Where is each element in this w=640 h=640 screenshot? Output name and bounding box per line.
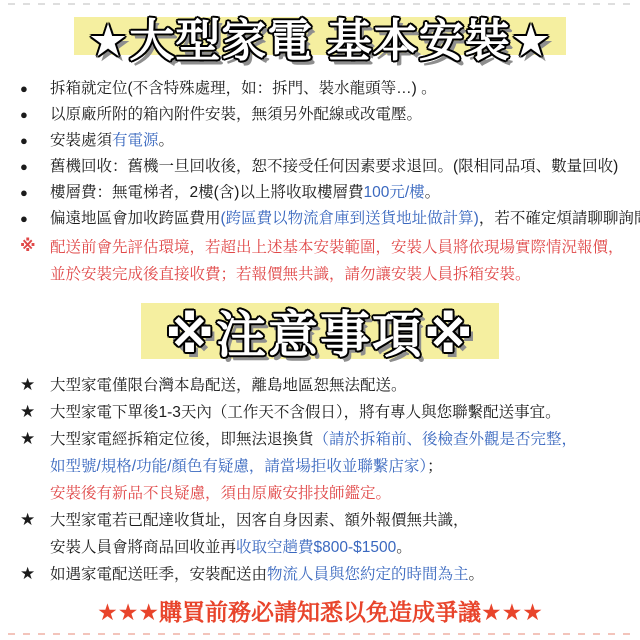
text-segment: 偏遠地區會加收跨區費用 bbox=[50, 210, 221, 227]
appliance-installation-notice: ★大型家電 基本安裝★ ●拆箱就定位(不含特殊處理，如：拆門、裝水龍頭等…) 。… bbox=[0, 0, 640, 640]
main-title-highlight-band: ★大型家電 基本安裝★ bbox=[74, 17, 566, 55]
basic-install-list: ●拆箱就定位(不含特殊處理，如：拆門、裝水龍頭等…) 。●以原廠所附的箱內附件安… bbox=[0, 76, 640, 232]
footer-warning-text: ★★★購買前務必請知悉以免造成爭議★★★ bbox=[0, 594, 640, 627]
notice-title-banner: ※注意事項※ bbox=[0, 302, 640, 360]
text-segment: （請於拆箱前、後檢查外觀是否完整， bbox=[314, 431, 578, 448]
text-line: 大型家電僅限台灣本島配送，離島地區恕無法配送。 bbox=[50, 372, 407, 399]
list-item-text: 大型家電下單後1-3天內（工作天不含假日），將有專人與您聯繫配送事宜。 bbox=[50, 399, 561, 426]
text-segment: 安裝後有新品不良疑慮，須由原廠安排技師鑑定。 bbox=[50, 485, 391, 502]
text-line: 配送前會先評估環境，若超出上述基本安裝範圍，安裝人員將依現場實際情況報價， bbox=[50, 234, 624, 261]
text-segment: 有電源 bbox=[112, 132, 159, 149]
text-segment: 樓層費：無電梯者，2樓(含)以上將收取樓層費 bbox=[50, 184, 363, 201]
text-segment: 大型家電僅限台灣本島配送，離島地區恕無法配送。 bbox=[50, 377, 407, 394]
list-item-text: 偏遠地區會加收跨區費用(跨區費以物流倉庫到送貨地址做計算)，若不確定煩請聊聊詢問… bbox=[50, 206, 640, 232]
text-segment: 。 bbox=[469, 566, 485, 583]
text-line: 安裝處須有電源。 bbox=[50, 128, 174, 154]
dot-bullet-icon: ● bbox=[20, 206, 50, 232]
text-line: 偏遠地區會加收跨區費用(跨區費以物流倉庫到送貨地址做計算)，若不確定煩請聊聊詢問… bbox=[50, 206, 640, 232]
list-item: ●偏遠地區會加收跨區費用(跨區費以物流倉庫到送貨地址做計算)，若不確定煩請聊聊詢… bbox=[20, 206, 640, 232]
text-segment: 安裝人員會將商品回收並再 bbox=[50, 539, 236, 556]
text-segment: 安裝處須 bbox=[50, 132, 112, 149]
text-segment: 配送前會先評估環境，若超出上述基本安裝範圍，安裝人員將依現場實際情況報價， bbox=[50, 239, 624, 256]
list-item-text: 大型家電若已配達收貨址，因客自身因素、額外報價無共識，安裝人員會將商品回收並再收… bbox=[50, 507, 469, 561]
list-item: ●樓層費：無電梯者，2樓(含)以上將收取樓層費100元/樓。 bbox=[20, 180, 640, 206]
decorative-dashed-border-bottom bbox=[8, 633, 632, 635]
dot-bullet-icon: ● bbox=[20, 76, 50, 102]
list-item-text: 舊機回收：舊機一旦回收後，恕不接受任何因素要求退回。(限相同品項、數量回收) bbox=[50, 154, 618, 180]
list-item: ★大型家電經拆箱定位後，即無法退換貨（請於拆箱前、後檢查外觀是否完整，如型號/規… bbox=[20, 426, 640, 507]
text-segment: 大型家電下單後1-3天內（工作天不含假日），將有專人與您聯繫配送事宜。 bbox=[50, 404, 561, 421]
text-segment: ，若不確定煩請聊聊詢問。 bbox=[479, 210, 640, 227]
text-line: 如遇家電配送旺季，安裝配送由物流人員與您約定的時間為主。 bbox=[50, 561, 484, 588]
list-item: ●舊機回收：舊機一旦回收後，恕不接受任何因素要求退回。(限相同品項、數量回收) bbox=[20, 154, 640, 180]
dot-bullet-icon: ● bbox=[20, 154, 50, 180]
text-segment: ； bbox=[427, 458, 443, 475]
star-bullet-icon: ★ bbox=[20, 399, 50, 425]
list-item: ●安裝處須有電源。 bbox=[20, 128, 640, 154]
page-title: ★大型家電 基本安裝★ bbox=[88, 4, 552, 69]
text-segment: 100元/樓 bbox=[363, 184, 424, 201]
text-line: 樓層費：無電梯者，2樓(含)以上將收取樓層費100元/樓。 bbox=[50, 180, 440, 206]
text-segment: 。 bbox=[159, 132, 175, 149]
text-segment: 。 bbox=[396, 539, 412, 556]
notice-title-highlight-band: ※注意事項※ bbox=[141, 303, 498, 359]
star-bullet-icon: ★ bbox=[20, 426, 50, 452]
list-item: ●以原廠所附的箱內附件安裝，無須另外配線或改電壓。 bbox=[20, 102, 640, 128]
dot-bullet-icon: ● bbox=[20, 128, 50, 154]
list-item-text: 樓層費：無電梯者，2樓(含)以上將收取樓層費100元/樓。 bbox=[50, 180, 440, 206]
text-line: 以原廠所附的箱內附件安裝，無須另外配線或改電壓。 bbox=[50, 102, 422, 128]
text-line: 大型家電經拆箱定位後，即無法退換貨（請於拆箱前、後檢查外觀是否完整， bbox=[50, 426, 577, 453]
surcharge-warning-note: ※配送前會先評估環境，若超出上述基本安裝範圍，安裝人員將依現場實際情況報價，並於… bbox=[0, 234, 640, 288]
list-item-text: 配送前會先評估環境，若超出上述基本安裝範圍，安裝人員將依現場實際情況報價，並於安… bbox=[50, 234, 624, 288]
text-segment: 物流人員與您約定的時間為主 bbox=[267, 566, 469, 583]
text-segment: 如遇家電配送旺季，安裝配送由 bbox=[50, 566, 267, 583]
dot-bullet-icon: ● bbox=[20, 102, 50, 128]
text-segment: 並於安裝完成後直接收費；若報價無共識，請勿讓安裝人員拆箱安裝。 bbox=[50, 266, 531, 283]
text-line: 如型號/規格/功能/顏色有疑慮，請當場拒收並聯繫店家）； bbox=[50, 453, 577, 480]
list-item-text: 安裝處須有電源。 bbox=[50, 128, 174, 154]
text-segment: 收取空趟費$800-$1500 bbox=[236, 539, 396, 556]
list-item-text: 如遇家電配送旺季，安裝配送由物流人員與您約定的時間為主。 bbox=[50, 561, 484, 588]
text-segment: 以原廠所附的箱內附件安裝，無須另外配線或改電壓。 bbox=[50, 106, 422, 123]
text-line: 舊機回收：舊機一旦回收後，恕不接受任何因素要求退回。(限相同品項、數量回收) bbox=[50, 154, 618, 180]
text-segment: 拆箱就定位(不含特殊處理，如：拆門、裝水龍頭等…) 。 bbox=[50, 80, 437, 97]
list-item-text: 拆箱就定位(不含特殊處理，如：拆門、裝水龍頭等…) 。 bbox=[50, 76, 437, 102]
main-title-banner: ★大型家電 基本安裝★ bbox=[0, 10, 640, 62]
dot-bullet-icon: ● bbox=[20, 180, 50, 206]
text-line: 拆箱就定位(不含特殊處理，如：拆門、裝水龍頭等…) 。 bbox=[50, 76, 437, 102]
list-item-text: 以原廠所附的箱內附件安裝，無須另外配線或改電壓。 bbox=[50, 102, 422, 128]
text-segment: 。 bbox=[425, 184, 441, 201]
text-line: 並於安裝完成後直接收費；若報價無共識，請勿讓安裝人員拆箱安裝。 bbox=[50, 261, 624, 288]
list-item-text: 大型家電經拆箱定位後，即無法退換貨（請於拆箱前、後檢查外觀是否完整，如型號/規格… bbox=[50, 426, 577, 507]
decorative-dashed-border-top bbox=[8, 3, 632, 5]
list-item: ★大型家電僅限台灣本島配送，離島地區恕無法配送。 bbox=[20, 372, 640, 399]
text-line: 大型家電若已配達收貨址，因客自身因素、額外報價無共識， bbox=[50, 507, 469, 534]
notice-list: ★大型家電僅限台灣本島配送，離島地區恕無法配送。★大型家電下單後1-3天內（工作… bbox=[0, 372, 640, 588]
text-line: 大型家電下單後1-3天內（工作天不含假日），將有專人與您聯繫配送事宜。 bbox=[50, 399, 561, 426]
text-segment: 大型家電若已配達收貨址，因客自身因素、額外報價無共識， bbox=[50, 512, 469, 529]
text-segment: (跨區費以物流倉庫到送貨地址做計算) bbox=[221, 210, 479, 227]
star-bullet-icon: ★ bbox=[20, 561, 50, 587]
list-item-text: 大型家電僅限台灣本島配送，離島地區恕無法配送。 bbox=[50, 372, 407, 399]
star-bullet-icon: ★ bbox=[20, 372, 50, 398]
star-bullet-icon: ★ bbox=[20, 507, 50, 533]
notice-title: ※注意事項※ bbox=[165, 295, 474, 367]
text-segment: 如型號/規格/功能/顏色有疑慮，請當場拒收並聯繫店家） bbox=[50, 458, 427, 475]
text-line: 安裝人員會將商品回收並再收取空趟費$800-$1500。 bbox=[50, 534, 469, 561]
text-line: 安裝後有新品不良疑慮，須由原廠安排技師鑑定。 bbox=[50, 480, 577, 507]
text-segment: 舊機回收：舊機一旦回收後，恕不接受任何因素要求退回。(限相同品項、數量回收) bbox=[50, 158, 618, 175]
list-item: ●拆箱就定位(不含特殊處理，如：拆門、裝水龍頭等…) 。 bbox=[20, 76, 640, 102]
reference-mark-icon: ※ bbox=[20, 234, 50, 260]
list-item: ★如遇家電配送旺季，安裝配送由物流人員與您約定的時間為主。 bbox=[20, 561, 640, 588]
list-item: ★大型家電下單後1-3天內（工作天不含假日），將有專人與您聯繫配送事宜。 bbox=[20, 399, 640, 426]
text-segment: 大型家電經拆箱定位後，即無法退換貨 bbox=[50, 431, 314, 448]
list-item: ※配送前會先評估環境，若超出上述基本安裝範圍，安裝人員將依現場實際情況報價，並於… bbox=[20, 234, 640, 288]
list-item: ★大型家電若已配達收貨址，因客自身因素、額外報價無共識，安裝人員會將商品回收並再… bbox=[20, 507, 640, 561]
